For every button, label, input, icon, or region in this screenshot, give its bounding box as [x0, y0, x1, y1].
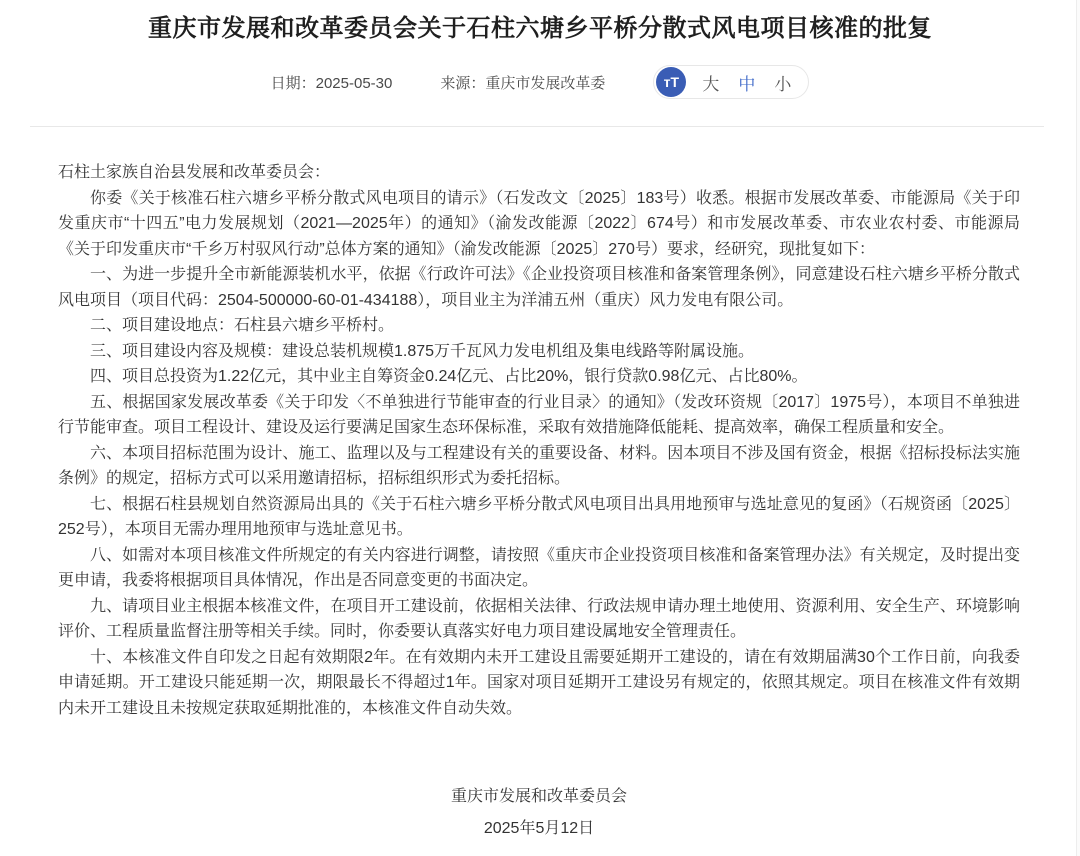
- source-label: 来源：: [440, 75, 485, 92]
- signature-date: 2025年5月12日: [58, 813, 1020, 845]
- body-paragraph: 七、根据石柱县规划自然资源局出具的《关于石柱六塘乡平桥分散式风电项目出具用地预审…: [58, 492, 1020, 543]
- body-paragraph: 四、项目总投资为1.22亿元，其中业主自筹资金0.24亿元、占比20%，银行贷款…: [58, 364, 1020, 390]
- body-paragraph: 五、根据国家发展改革委《关于印发〈不单独进行节能审查的行业目录〉的通知》（发改环…: [58, 390, 1020, 441]
- body-paragraph: 你委《关于核准石柱六塘乡平桥分散式风电项目的请示》（石发改文〔2025〕183号…: [58, 186, 1020, 263]
- publish-date: 日期：2025-05-30: [271, 72, 393, 93]
- source: 来源：重庆市发展改革委: [440, 72, 605, 93]
- font-size-option-large[interactable]: 大: [699, 70, 722, 95]
- body-paragraph: 二、项目建设地点：石柱县六塘乡平桥村。: [58, 313, 1020, 339]
- font-size-switcher: тT 大 中 小: [653, 65, 809, 99]
- publish-date-label: 日期：: [271, 75, 316, 92]
- publish-date-value: 2025-05-30: [316, 75, 393, 92]
- body-paragraph: 三、项目建设内容及规模：建设总装机规模1.875万千瓦风力发电机组及集电线路等附…: [58, 339, 1020, 365]
- paragraph-list: 你委《关于核准石柱六塘乡平桥分散式风电项目的请示》（石发改文〔2025〕183号…: [58, 186, 1020, 722]
- document-footer: 重庆市发展和改革委员会 2025年5月12日: [58, 781, 1020, 845]
- source-value: 重庆市发展改革委: [485, 75, 605, 92]
- body-paragraph: 十、本核准文件自印发之日起有效期限2年。在有效期内未开工建设且需要延期开工建设的…: [58, 645, 1020, 722]
- article-title: 重庆市发展和改革委员会关于石柱六塘乡平桥分散式风电项目核准的批复: [40, 13, 1040, 45]
- body-paragraph: 八、如需对本项目核准文件所规定的有关内容进行调整，请按照《重庆市企业投资项目核准…: [58, 543, 1020, 594]
- font-size-option-medium[interactable]: 中: [735, 70, 758, 95]
- body-paragraph: 一、为进一步提升全市新能源装机水平，依据《行政许可法》《企业投资项目核准和备案管…: [58, 262, 1020, 313]
- right-edge-divider: [1076, 0, 1080, 856]
- body-paragraph: 六、本项目招标范围为设计、施工、监理以及与工程建设有关的重要设备、材料。因本项目…: [58, 441, 1020, 492]
- article-meta-bar: 日期：2025-05-30 来源：重庆市发展改革委 тT 大 中 小: [0, 65, 1080, 99]
- article-page: 重庆市发展和改革委员会关于石柱六塘乡平桥分散式风电项目核准的批复 日期：2025…: [0, 0, 1080, 856]
- font-size-icon: тT: [656, 67, 686, 97]
- body-paragraph: 九、请项目业主根据本核准文件，在项目开工建设前，依据相关法律、行政法规申请办理土…: [58, 594, 1020, 645]
- salutation: 石柱土家族自治县发展和改革委员会：: [58, 160, 1020, 186]
- article-header: 重庆市发展和改革委员会关于石柱六塘乡平桥分散式风电项目核准的批复 日期：2025…: [0, 0, 1080, 127]
- font-size-option-small[interactable]: 小: [771, 70, 794, 95]
- document-body: 石柱土家族自治县发展和改革委员会： 你委《关于核准石柱六塘乡平桥分散式风电项目的…: [0, 127, 1080, 845]
- signature-org: 重庆市发展和改革委员会: [58, 781, 1020, 813]
